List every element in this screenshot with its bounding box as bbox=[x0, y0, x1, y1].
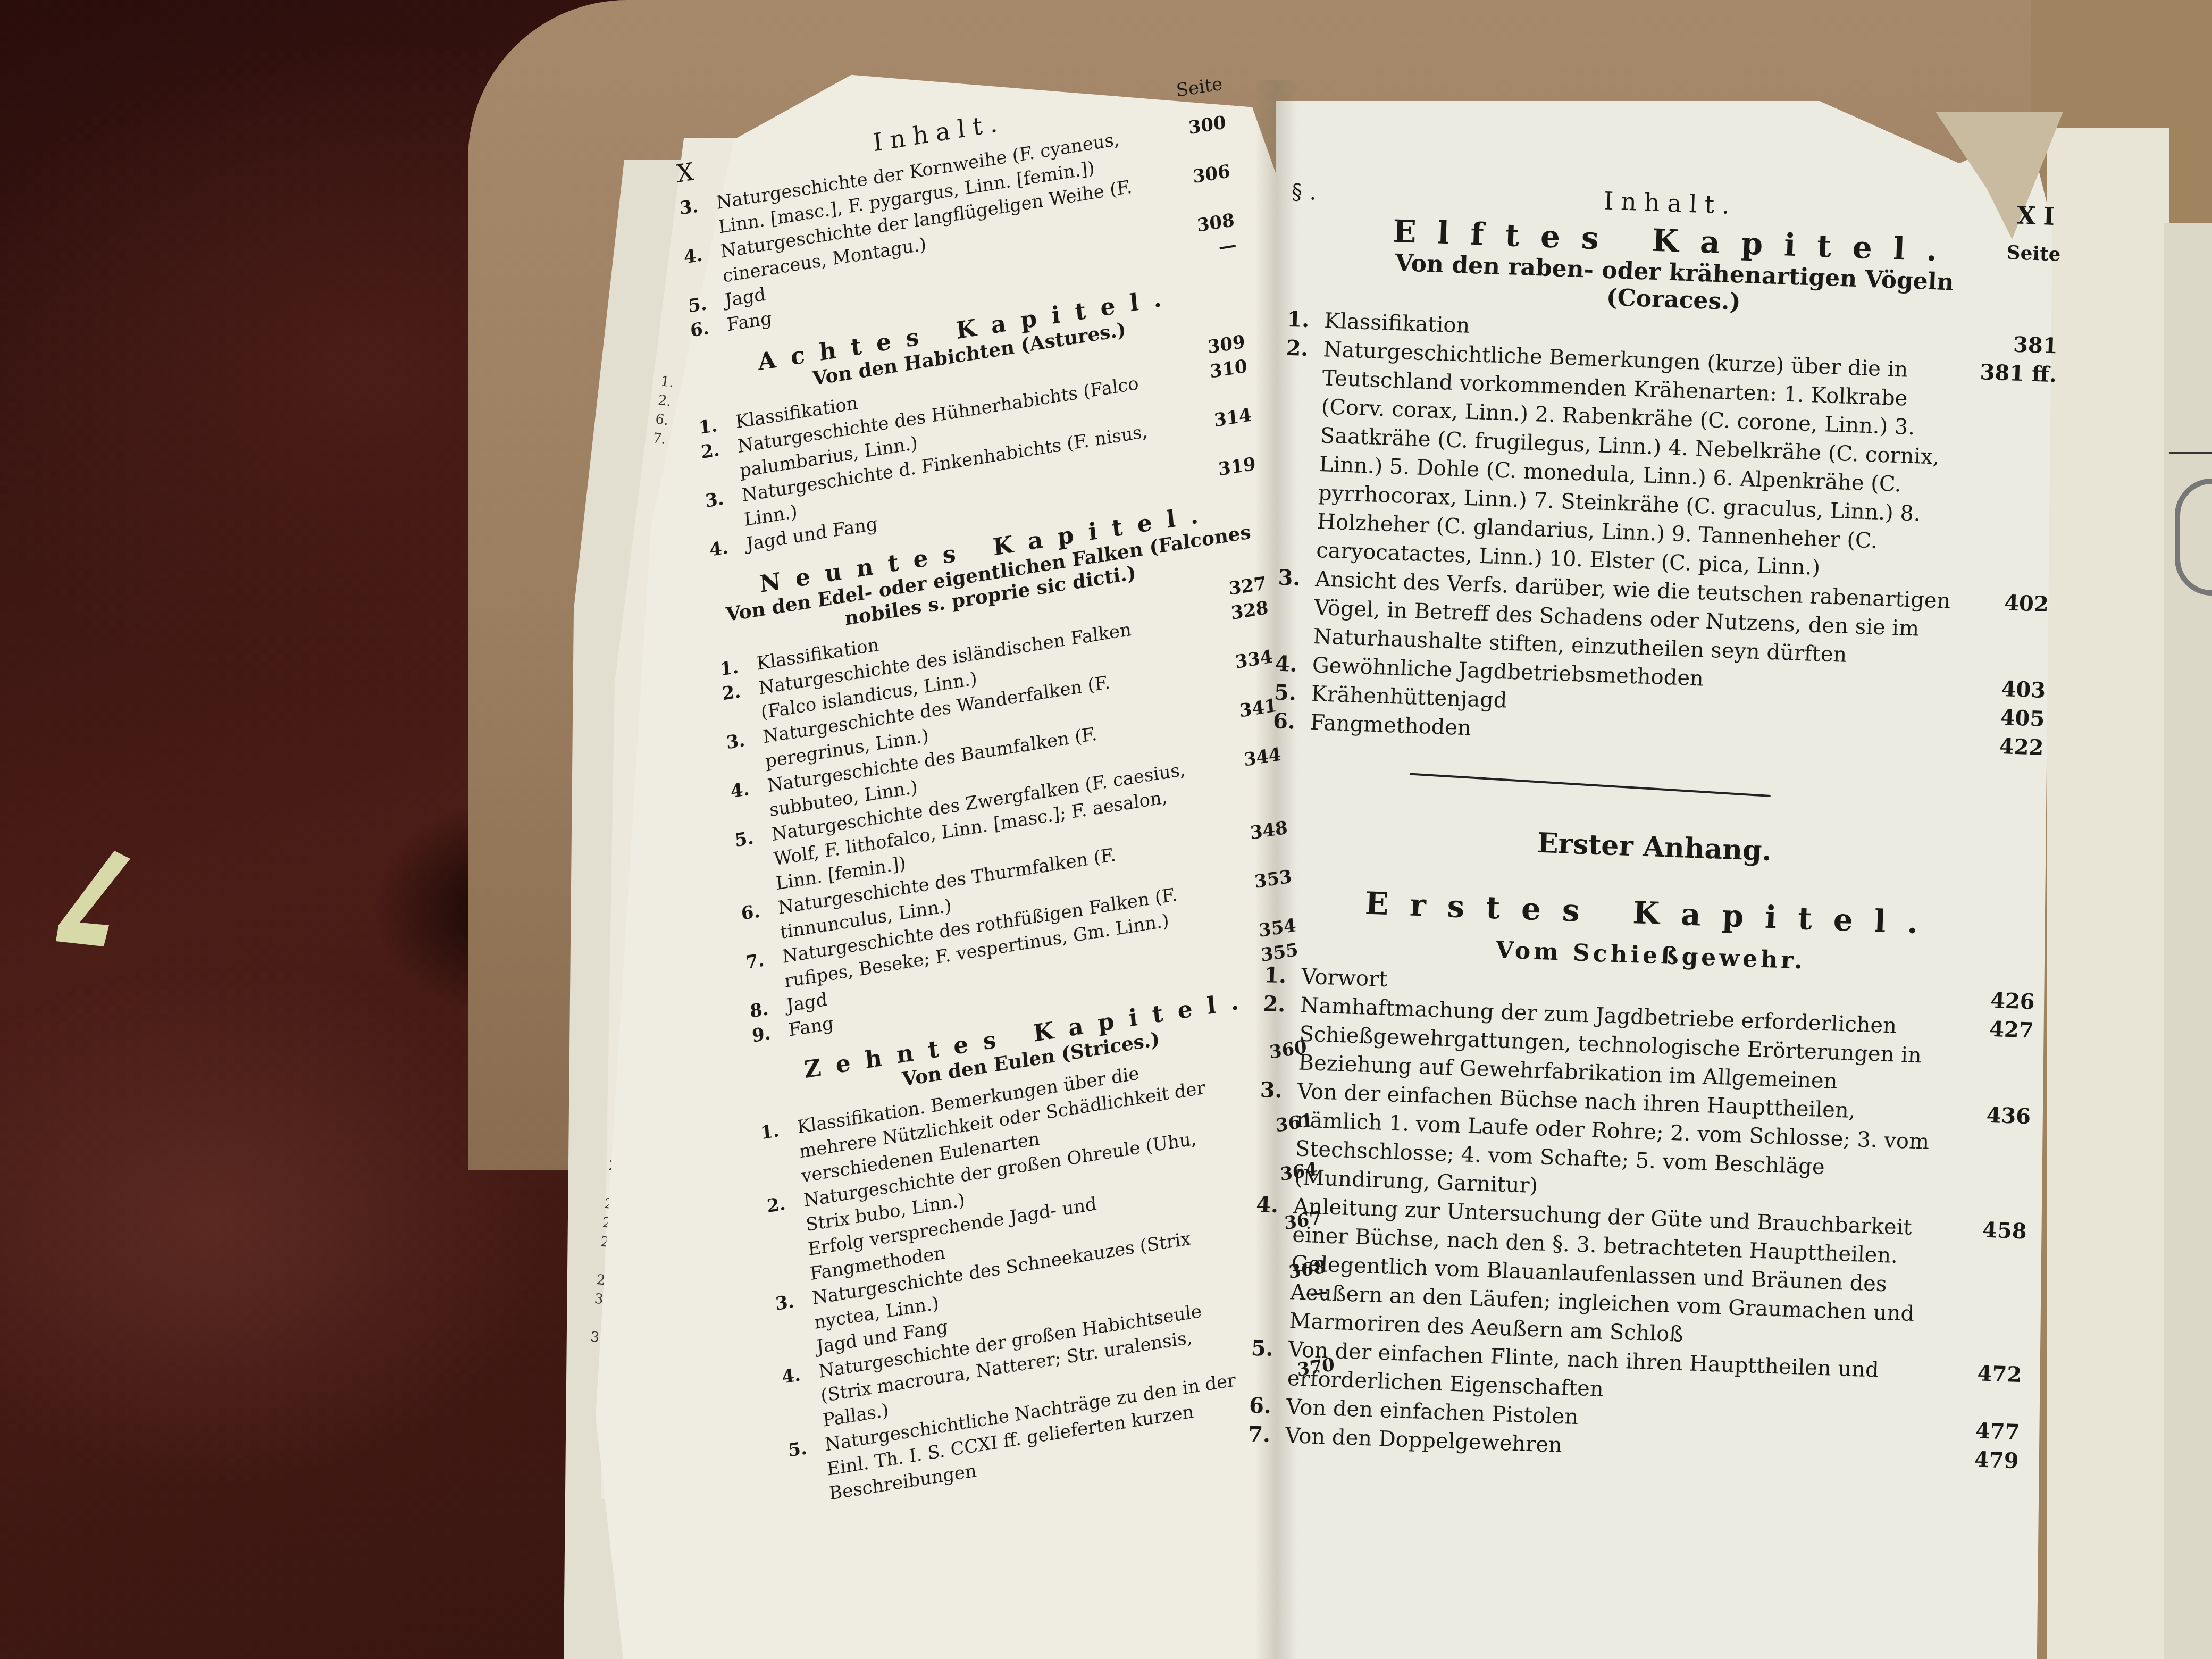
left-page-content: X Inhalt. Seite 3.Naturgeschichte der Ko… bbox=[675, 73, 1340, 1512]
document-rule bbox=[2169, 452, 2212, 454]
paper-scrap-on-floor bbox=[51, 851, 141, 957]
document-underneath bbox=[2164, 223, 2212, 1659]
loose-sheet bbox=[2047, 128, 2169, 1659]
right-page-content: §. Inhalt. XI Elftes Kapitel. Seite Von … bbox=[1247, 175, 2063, 1476]
right-page-number: XI bbox=[2016, 201, 2063, 231]
toc-entry[interactable]: 2.Naturgeschichtliche Bemerkungen (kurze… bbox=[1279, 334, 2057, 590]
toc-entry[interactable]: 4.Anleitung zur Untersuchung der Güte un… bbox=[1252, 1191, 2027, 1361]
right-column-label: Seite bbox=[1970, 240, 2061, 266]
right-page-header: Inhalt. bbox=[1603, 187, 1737, 220]
appendix-title: Erster Anhang. bbox=[1269, 817, 2040, 877]
section-mark: §. bbox=[1291, 180, 1324, 205]
section-divider bbox=[1410, 773, 1771, 798]
left-page-number: X bbox=[675, 156, 702, 188]
drawing-loop bbox=[2175, 479, 2212, 596]
